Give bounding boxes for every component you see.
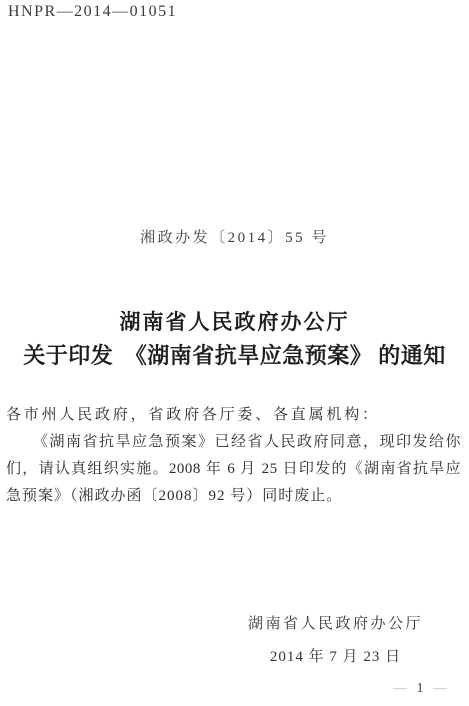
page-number-value: 1: [417, 681, 424, 696]
document-archive-code: HNPR—2014—01051: [8, 3, 177, 21]
body-paragraph-line-2: 们，请认真组织实施。2008 年 6 月 25 日印发的《湖南省抗旱应: [6, 456, 461, 483]
title-issuing-office: 湖南省人民政府办公厅: [0, 308, 469, 336]
signature-date: 2014 年 7 月 23 日: [248, 645, 423, 666]
signature-issuing-office: 湖南省人民政府办公厅: [248, 612, 423, 633]
document-title: 湖南省人民政府办公厅 关于印发 《湖南省抗旱应急预案》 的通知: [0, 308, 469, 371]
document-body: 各市州人民政府，省政府各厅委、各直属机构： 《湖南省抗旱应急预案》已经省人民政府…: [6, 402, 461, 510]
document-page: HNPR—2014—01051 湘政办发〔2014〕55 号 湖南省人民政府办公…: [0, 0, 469, 706]
signature-block: 湖南省人民政府办公厅 2014 年 7 月 23 日: [248, 612, 423, 666]
page-number-right-dash: —: [427, 681, 453, 696]
body-paragraph-line-1: 《湖南省抗旱应急预案》已经省人民政府同意，现印发给你: [6, 429, 461, 456]
body-paragraph-line-3: 急预案》（湘政办函〔2008〕92 号）同时废止。: [6, 483, 461, 510]
title-subject: 关于印发 《湖南省抗旱应急预案》 的通知: [0, 341, 469, 371]
page-number: — 1 —: [387, 681, 453, 697]
document-number: 湘政办发〔2014〕55 号: [0, 226, 469, 247]
page-number-left-dash: —: [387, 681, 413, 696]
body-salutation: 各市州人民政府，省政府各厅委、各直属机构：: [6, 402, 461, 429]
